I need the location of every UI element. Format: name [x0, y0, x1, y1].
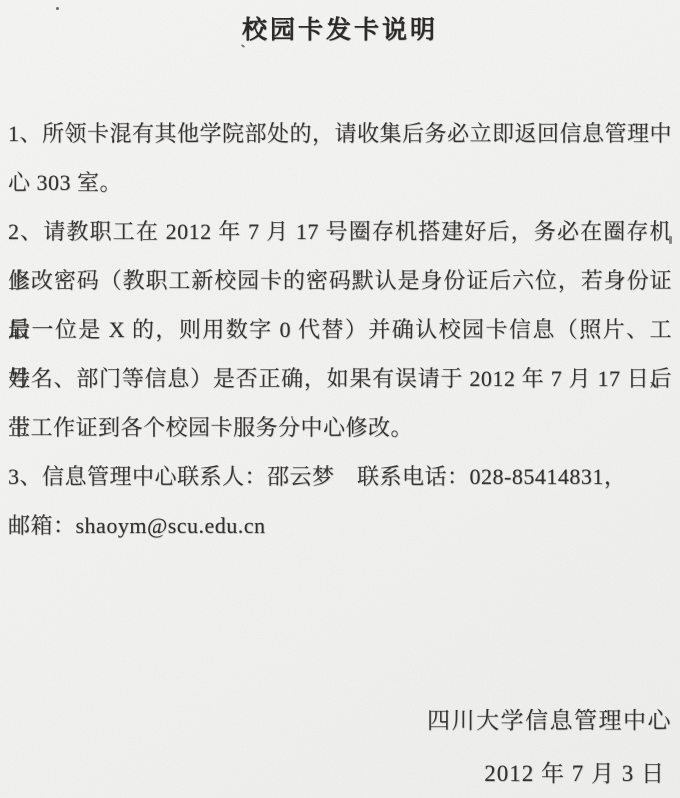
document-body: 1、所领卡混有其他学院部处的，请收集后务必立即返回信息管理中 心 303 室。 … [8, 109, 672, 550]
paragraph-2-line-4: 姓名、部门等信息）是否正确，如果有误请于 2012 年 7 月 17 日后带 [8, 354, 672, 403]
paragraph-2-line-3: 后一位是 X 的，则用数字 0 代替）并确认校园卡信息（照片、工号、 [8, 305, 672, 354]
scan-speck [56, 7, 59, 10]
scanned-document-page: 校园卡发卡说明 1、所领卡混有其他学院部处的，请收集后务必立即返回信息管理中 心… [0, 0, 680, 798]
document-title: 校园卡发卡说明 [0, 10, 680, 46]
paragraph-2-line-2: 修改密码（教职工新校园卡的密码默认是身份证后六位，若身份证最 [8, 256, 672, 305]
paragraph-2-line-1: 2、请教职工在 2012 年 7 月 17 号圈存机搭建好后，务必在圈存机上 [8, 207, 672, 256]
paragraph-1-line-1: 1、所领卡混有其他学院部处的，请收集后务必立即返回信息管理中 [8, 109, 672, 158]
paragraph-3-line-2: 邮箱：shaoym@scu.edu.cn [8, 501, 672, 550]
scan-speck [669, 236, 672, 244]
paragraph-1-line-2: 心 303 室。 [8, 158, 672, 207]
paragraph-2-line-5: 上工作证到各个校园卡服务分中心修改。 [8, 403, 672, 452]
signature-date: 2012 年 7 月 3 日 [484, 755, 665, 788]
paragraph-3-line-1: 3、信息管理中心联系人：邵云梦 联系电话：028-85414831， [8, 452, 672, 501]
signature-organization: 四川大学信息管理中心 [427, 702, 672, 735]
